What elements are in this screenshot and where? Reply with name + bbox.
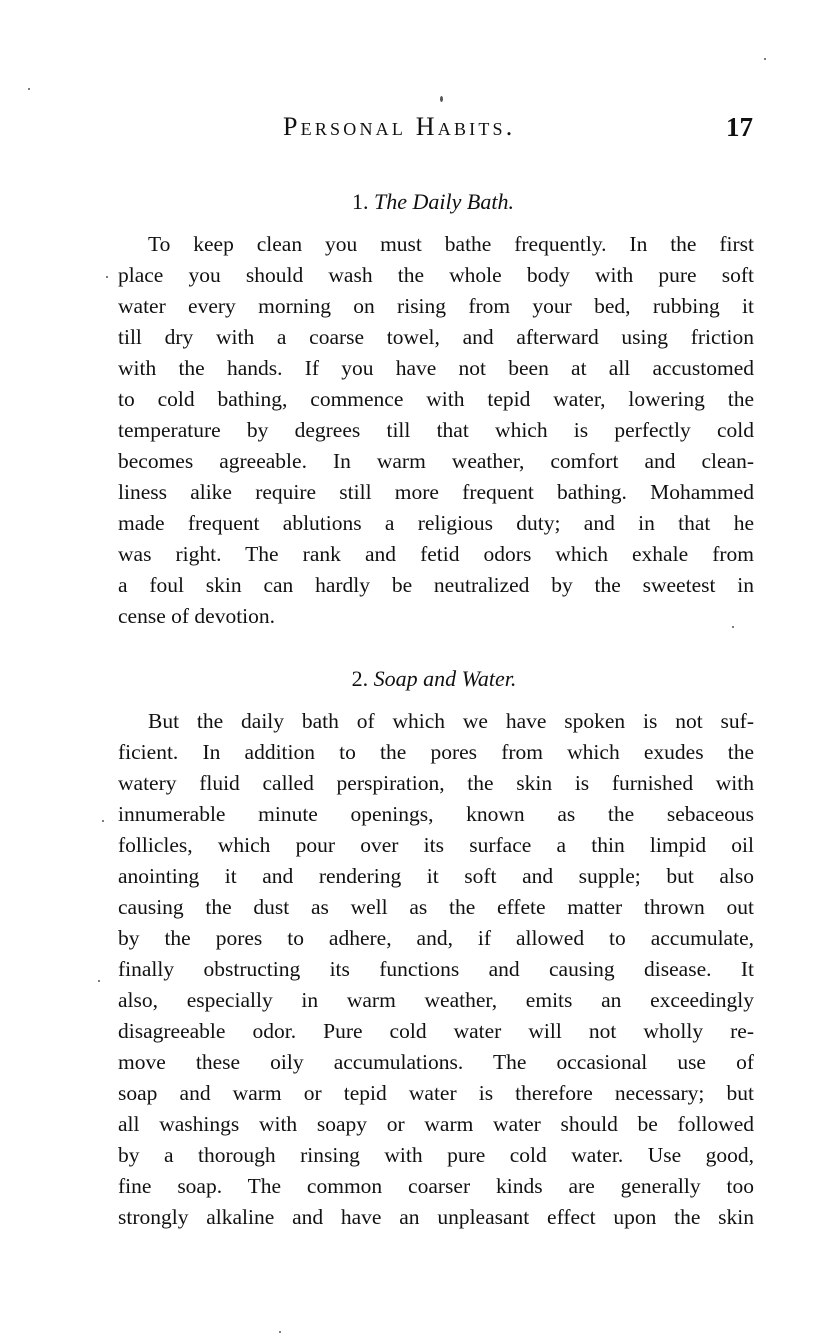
text-line: by the pores to adhere, and, if allowed … bbox=[118, 923, 754, 954]
text-line: watery fluid called perspiration, the sk… bbox=[118, 768, 754, 799]
text-line: by a thorough rinsing with pure cold wat… bbox=[118, 1140, 754, 1171]
text-line: till dry with a coarse towel, and afterw… bbox=[118, 322, 754, 353]
text-line: disagreeable odor. Pure cold water will … bbox=[118, 1016, 754, 1047]
paragraph-daily-bath: To keep clean you must bathe frequently.… bbox=[118, 229, 754, 632]
text-line: To keep clean you must bathe frequently.… bbox=[118, 229, 754, 260]
text-line: water every morning on rising from your … bbox=[118, 291, 754, 322]
text-line: causing the dust as well as the effete m… bbox=[118, 892, 754, 923]
page-number: 17 bbox=[726, 112, 753, 143]
text-line: to cold bathing, commence with tepid wat… bbox=[118, 384, 754, 415]
text-line: all washings with soapy or warm water sh… bbox=[118, 1109, 754, 1140]
running-head: Personal Habits. 17 bbox=[283, 112, 753, 146]
section-title: Soap and Water. bbox=[374, 666, 517, 691]
text-line: cense of devotion. bbox=[118, 601, 754, 632]
text-line: ficient. In addition to the pores from w… bbox=[118, 737, 754, 768]
text-line: strongly alkaline and have an unpleasant… bbox=[118, 1202, 754, 1233]
scan-speck bbox=[106, 276, 108, 278]
scan-speck bbox=[102, 820, 104, 822]
text-line: made frequent ablutions a religious duty… bbox=[118, 508, 754, 539]
scan-speck bbox=[764, 58, 766, 60]
text-line: fine soap. The common coarser kinds are … bbox=[118, 1171, 754, 1202]
scan-speck bbox=[279, 1331, 281, 1333]
text-line: place you should wash the whole body wit… bbox=[118, 260, 754, 291]
text-line: But the daily bath of which we have spok… bbox=[118, 706, 754, 737]
text-line: a foul skin can hardly be neutralized by… bbox=[118, 570, 754, 601]
text-line: also, especially in warm weather, emits … bbox=[118, 985, 754, 1016]
section-number: 1. bbox=[352, 189, 369, 214]
text-line: was right. The rank and fetid odors whic… bbox=[118, 539, 754, 570]
text-line: with the hands. If you have not been at … bbox=[118, 353, 754, 384]
section-heading-daily-bath: 1. The Daily Bath. bbox=[25, 189, 816, 215]
text-line: follicles, which pour over its surface a… bbox=[118, 830, 754, 861]
scan-speck bbox=[440, 96, 443, 102]
book-page: Personal Habits. 17 1. The Daily Bath. T… bbox=[0, 0, 816, 1341]
running-title: Personal Habits. bbox=[283, 112, 515, 142]
text-line: liness alike require still more frequent… bbox=[118, 477, 754, 508]
paragraph-soap-and-water: But the daily bath of which we have spok… bbox=[118, 706, 754, 1233]
text-line: innumerable minute openings, known as th… bbox=[118, 799, 754, 830]
scan-speck bbox=[98, 980, 100, 982]
scan-speck bbox=[28, 88, 30, 90]
scan-speck bbox=[732, 626, 734, 628]
text-line: move these oily accumulations. The occas… bbox=[118, 1047, 754, 1078]
section-title: The Daily Bath. bbox=[374, 189, 514, 214]
section-number: 2. bbox=[352, 666, 369, 691]
text-line: temperature by degrees till that which i… bbox=[118, 415, 754, 446]
section-heading-soap-and-water: 2. Soap and Water. bbox=[26, 666, 816, 692]
text-line: soap and warm or tepid water is therefor… bbox=[118, 1078, 754, 1109]
text-line: becomes agreeable. In warm weather, comf… bbox=[118, 446, 754, 477]
text-line: anointing it and rendering it soft and s… bbox=[118, 861, 754, 892]
text-line: finally obstructing its functions and ca… bbox=[118, 954, 754, 985]
